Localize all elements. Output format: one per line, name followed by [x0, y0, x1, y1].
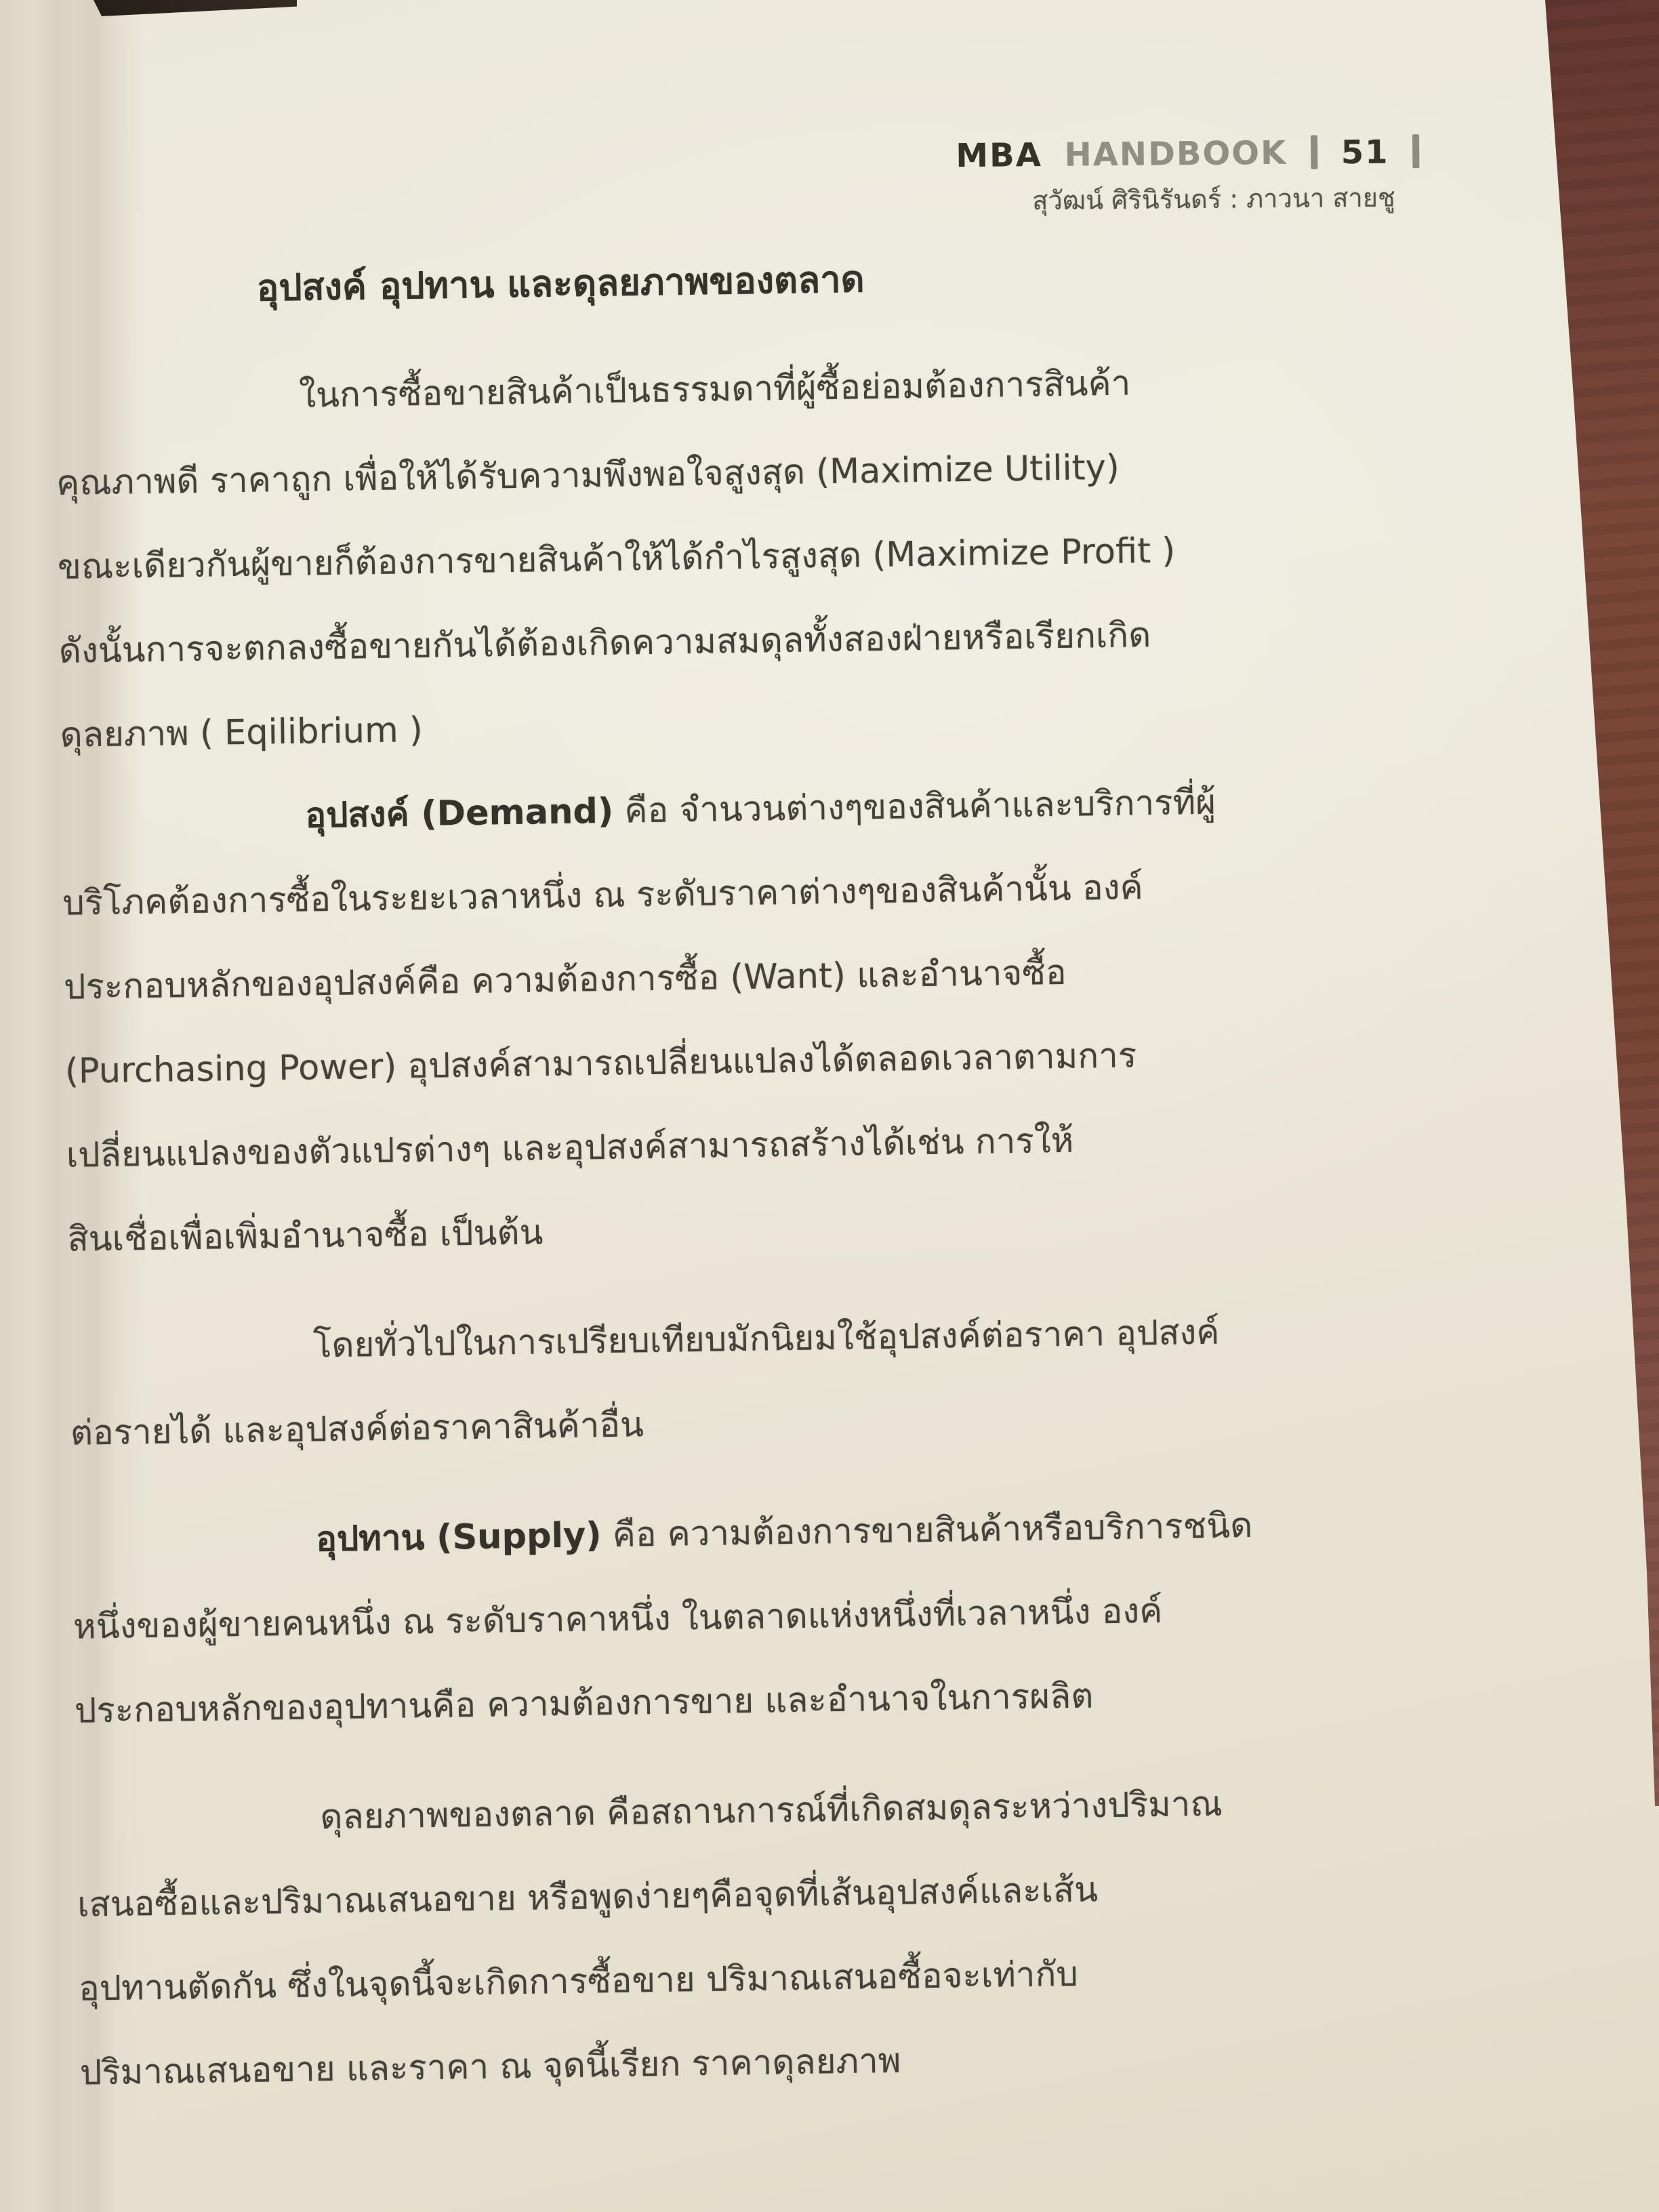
term-supply: อุปทาน (Supply): [316, 1515, 602, 1559]
text-line: คือ ความต้องการขายสินค้าหรือบริการชนิด: [601, 1506, 1253, 1555]
paragraph: อุปสงค์ (Demand) คือ จำนวนต่างๆของสินค้า…: [61, 755, 1627, 1282]
book-page-photo: MBA HANDBOOK 51 สุวัฒน์ ศิรินิรันดร์ : ภ…: [0, 0, 1659, 2212]
page-body-text: อุปสงค์ อุปทาน และดุลยภาพของตลาด ในการซื…: [53, 226, 1639, 2116]
divider-bar: [1311, 135, 1317, 169]
paragraph: อุปทาน (Supply) คือ ความต้องการขายสินค้า…: [71, 1479, 1633, 1754]
page-number: 51: [1340, 134, 1389, 172]
section-title: อุปสงค์ อุปทาน และดุลยภาพของตลาด: [256, 226, 1613, 331]
page-header: MBA HANDBOOK 51 สุวัฒน์ ศิรินิรันดร์ : ภ…: [0, 133, 1431, 230]
brand-handbook: HANDBOOK: [1064, 134, 1287, 174]
brand-mba: MBA: [956, 136, 1042, 175]
paragraph: ดุลยภาพของตลาด คือสถานการณ์ที่เกิดสมดุลร…: [75, 1757, 1639, 2116]
text-line: คือ จำนวนต่างๆของสินค้าและบริการที่ผู้: [613, 783, 1216, 832]
paragraph: โดยทั่วไปในการเปรียบเทียบมักนิยมใช้อุปสง…: [68, 1285, 1629, 1476]
paragraph: ในการซื้อขายสินค้าเป็นธรรมดาที่ผู้ซื้อย่…: [54, 335, 1619, 778]
background-gap: [94, 0, 297, 16]
byline: สุวัฒน์ ศิรินิรันดร์ : ภาวนา สายชู: [1, 176, 1395, 230]
divider-bar: [1412, 134, 1419, 168]
header-brand-line: MBA HANDBOOK 51: [0, 133, 1430, 183]
term-demand: อุปสงค์ (Demand): [305, 792, 614, 836]
